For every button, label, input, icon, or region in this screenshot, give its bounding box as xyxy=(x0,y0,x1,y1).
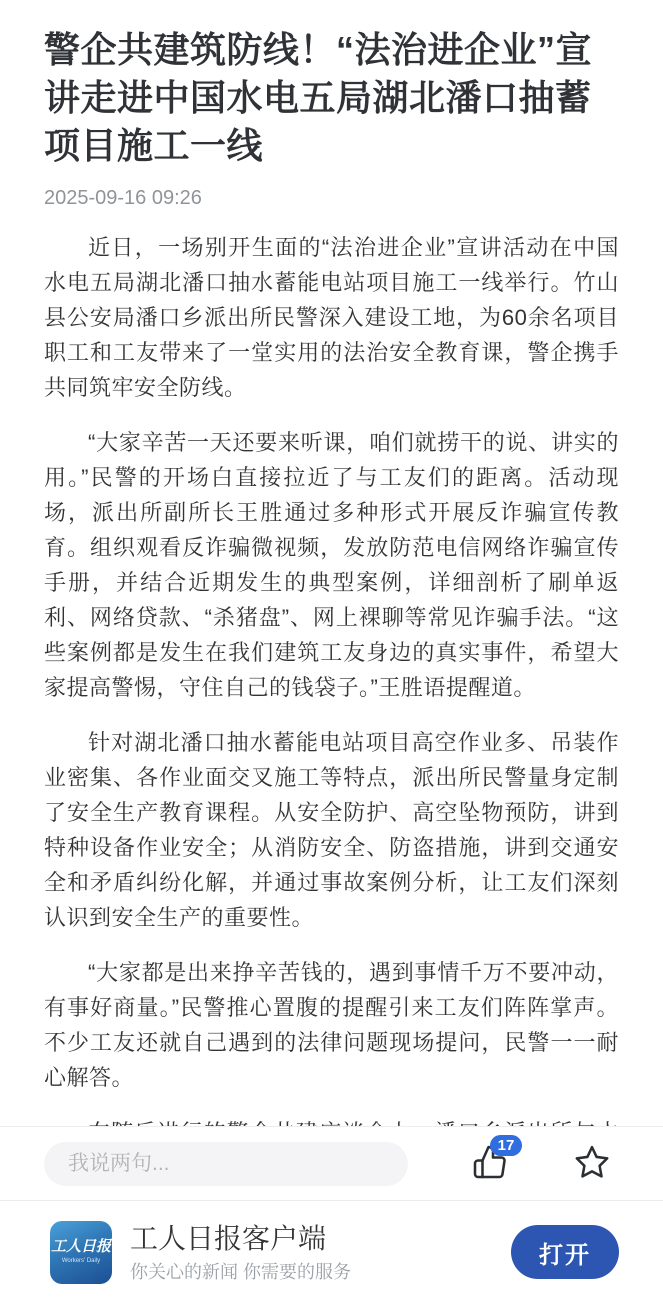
app-icon: 工人日报 Workers' Daily xyxy=(50,1221,112,1284)
article-paragraph: “大家辛苦一天还要来听课，咱们就捞干的说、讲实的用。”民警的开场白直接拉近了与工… xyxy=(44,425,619,705)
article-paragraph: “大家都是出来挣辛苦钱的，遇到事情千万不要冲动，有事好商量。”民警推心置腹的提醒… xyxy=(44,955,619,1095)
article-body: 警企共建筑防线！“法治进企业”宣讲走进中国水电五局湖北潘口抽蓄项目施工一线 20… xyxy=(0,26,663,1268)
comment-bar: 17 xyxy=(0,1126,663,1200)
app-name: 工人日报客户端 xyxy=(130,1223,511,1255)
article-title: 警企共建筑防线！“法治进企业”宣讲走进中国水电五局湖北潘口抽蓄项目施工一线 xyxy=(44,26,619,170)
like-count-badge: 17 xyxy=(490,1135,522,1156)
app-download-banner[interactable]: 工人日报 Workers' Daily 工人日报客户端 你关心的新闻 你需要的服… xyxy=(0,1200,663,1303)
like-button[interactable]: 17 xyxy=(470,1144,510,1184)
favorite-button[interactable] xyxy=(572,1144,612,1184)
app-icon-title: 工人日报 xyxy=(51,1239,111,1255)
publish-date: 2025-09-16 09:26 xyxy=(44,186,619,210)
star-icon xyxy=(573,1143,611,1184)
comment-input[interactable] xyxy=(44,1142,408,1186)
app-info: 工人日报客户端 你关心的新闻 你需要的服务 xyxy=(130,1223,511,1282)
app-tagline: 你关心的新闻 你需要的服务 xyxy=(130,1262,511,1282)
article-paragraph: 近日，一场别开生面的“法治进企业”宣讲活动在中国水电五局湖北潘口抽水蓄能电站项目… xyxy=(44,230,619,405)
bottom-bars: 17 工人日报 Workers' Daily 工人日报客户端 你关心的新闻 你需… xyxy=(0,1126,663,1303)
news-article-page: 警企共建筑防线！“法治进企业”宣讲走进中国水电五局湖北潘口抽蓄项目施工一线 20… xyxy=(0,0,663,1303)
article-paragraph: 针对湖北潘口抽水蓄能电站项目高空作业多、吊装作业密集、各作业面交叉施工等特点，派… xyxy=(44,725,619,935)
open-app-button[interactable]: 打开 xyxy=(511,1225,619,1279)
app-icon-subtitle: Workers' Daily xyxy=(62,1257,100,1265)
